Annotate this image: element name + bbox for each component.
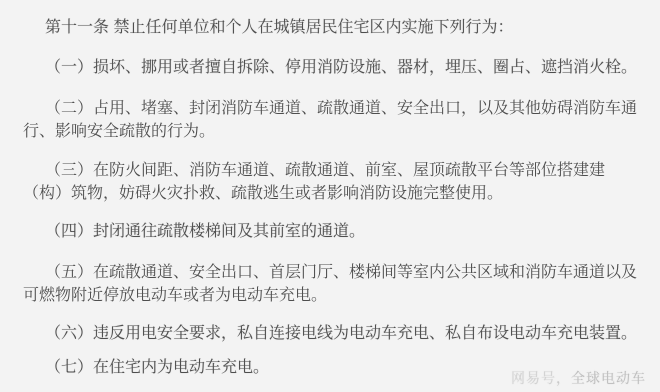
text-line: （一）损坏、挪用或者擅自拆除、停用消防设施、器材，埋压、圈占、遮挡消火栓。 <box>23 59 637 76</box>
text-line: （构）筑物，妨碍火灾扑救、疏散逃生或者影响消防设施完整使用。 <box>23 180 648 203</box>
watermark: 网易号，全球电动车 <box>511 369 646 387</box>
watermark-brand: 网易号 <box>511 370 556 386</box>
text-line: 可燃物附近停放电动车或者为电动车充电。 <box>23 282 648 305</box>
document-page: 第十一条 禁止任何单位和个人在城镇居民住宅区内实施下列行为： （一）损坏、挪用或… <box>0 0 660 392</box>
article-item-1: （一）损坏、挪用或者擅自拆除、停用消防设施、器材，埋压、圈占、遮挡消火栓。 <box>23 55 648 81</box>
text-line: （六）违反用电安全要求，私自连接电线为电动车充电、私自布设电动车充电装置。 <box>23 325 637 342</box>
text-line: （五）在疏散通道、安全出口、首层门厅、楼梯间等室内公共区域和消防车通道以及 <box>23 259 648 282</box>
watermark-separator: ， <box>556 370 571 386</box>
text-line: 行、影响安全疏散的行为。 <box>23 118 648 141</box>
text-line: （四）封闭通往疏散楼梯间及其前室的通道。 <box>23 223 365 240</box>
text-line: （七）在住宅内为电动车充电。 <box>23 359 269 376</box>
article-heading: 第十一条 禁止任何单位和个人在城镇居民住宅区内实施下列行为： <box>23 15 648 41</box>
article-item-6: （六）违反用电安全要求，私自连接电线为电动车充电、私自布设电动车充电装置。 <box>23 321 648 347</box>
text-line: （二）占用、堵塞、封闭消防车通道、疏散通道、安全出口，以及其他妨碍消防车通 <box>23 95 648 118</box>
article-body: 第十一条 禁止任何单位和个人在城镇居民住宅区内实施下列行为： （一）损坏、挪用或… <box>23 15 648 392</box>
text-line: （三）在防火间距、消防车通道、疏散通道、前室、屋顶疏散平台等部位搭建建 <box>23 157 648 180</box>
watermark-account: 全球电动车 <box>571 370 646 386</box>
article-item-4: （四）封闭通往疏散楼梯间及其前室的通道。 <box>23 219 648 245</box>
text-line: 第十一条 禁止任何单位和个人在城镇居民住宅区内实施下列行为： <box>23 19 513 36</box>
